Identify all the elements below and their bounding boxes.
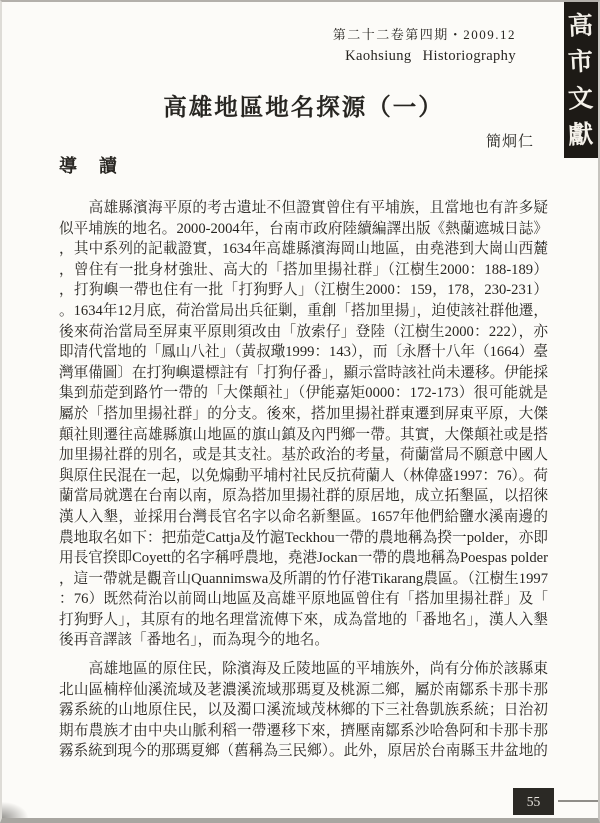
text-line: ，打狗嶼一帶也住有一批「打狗野人」（江樹生2000：159，178，230-23… [59,280,548,301]
text-line: 與原住民混在一起，以免煽動平埔村社民反抗荷蘭人（林偉盛1997：76）。荷 [59,466,548,487]
text-line: 農地取名如下：把茄萣Cattja及竹滬Teckhou一帶的農地稱為揆一polde… [59,528,548,549]
page-header: 第二十二卷第四期・2009.12 Kaohsiung Historiograph… [333,26,516,67]
journal-masthead-strip: 高市文獻 [564,2,598,158]
article-author: 簡炯仁 [59,130,548,151]
text-line: ，其中系列的記載證實，1634年高雄縣濱海岡山地區，由堯港到大崗山西麓 [59,239,548,260]
text-line: ，這一帶就是觀音山Quannimswa及所謂的竹仔港Tikarang農區。（江樹… [59,569,548,590]
text-line: 高雄地區的原住民，除濱海及丘陵地區的平埔族外，尚有分佈於該縣東 [59,659,548,680]
text-line: 北山區楠梓仙溪流域及荖濃溪流域那瑪夏及桃源二鄉，屬於南鄒系卡那卡那 [59,680,548,701]
section-heading: 導 讀 [59,152,119,178]
text-line: 即清代當地的「鳳山八社」（黃叔璥1999：143），而〔永曆十八年（1664）臺 [59,342,548,363]
text-line: 霧系統到現今的那瑪夏鄉（舊稱為三民鄉）。此外，原居於台南縣玉井盆地的 [59,741,548,762]
text-line: 打狗野人」，其原有的地名理當流傳下來，成為當地的「番地名」，漢人入墾 [59,610,548,631]
page-number: 55 [527,794,541,810]
scan-corner-shadow [2,802,28,818]
masthead-character: 高 [568,12,594,38]
text-line: 期布農族才由中央山脈利稻一帶遷移下來，擠壓南鄒系沙哈魯阿和卡那卡那 [59,721,548,742]
text-line: 霧系統的山地原住民，以及濁口溪流域茂林鄉的下三社魯凱族系統；日治初 [59,700,548,721]
text-line: 後來荷治當局至屏東平原則須改由「放索仔」登陸（江樹生2000：222），亦 [59,322,548,343]
page-number-badge: 55 [513,788,554,815]
journal-page: 高市文獻 第二十二卷第四期・2009.12 Kaohsiung Historio… [0,0,600,823]
masthead-character: 獻 [568,122,594,148]
journal-name-english: Kaohsiung Historiography [333,46,516,67]
text-line: ：76）既然荷治以前岡山地區及高雄平原地區曾住有「搭加里揚社群」及「 [59,589,548,610]
masthead-character: 市 [568,49,594,75]
text-line: 集到茄萣到路竹一帶的「大傑顛社」（伊能嘉矩0000：172-173）很可能就是 [59,383,548,404]
issue-number: 第二十二卷第四期・2009.12 [333,26,516,45]
footer-rule [558,800,598,802]
text-line: 蘭當局就選在台南以南，原為搭加里揚社群的原居地，成立拓墾區，以招徠 [59,486,548,507]
article-body: 高雄縣濱海平原的考古遺址不但證實曾住有平埔族，且當地也有許多疑似平埔族的地名。2… [59,198,548,762]
text-line: 。1634年12月底，荷治當局出兵征剿，重創「搭加里揚」，迫使該社群他遷， [59,301,548,322]
paragraph: 高雄地區的原住民，除濱海及丘陵地區的平埔族外，尚有分佈於該縣東北山區楠梓仙溪流域… [59,659,548,762]
text-line: 屬於「搭加里揚社群」的分支。後來，搭加里揚社群東遷到屏東平原，大傑 [59,404,548,425]
text-line: 顛社則遷往高雄縣旗山地區的旗山鎮及內門鄉一帶。其實，大傑顛社或是搭 [59,425,548,446]
text-line: 高雄縣濱海平原的考古遺址不但證實曾住有平埔族，且當地也有許多疑 [59,198,548,219]
text-line: 加里揚社群的別名，或是其支社。基於政治的考量，荷蘭當局不願意中國人 [59,445,548,466]
text-line: 似平埔族的地名。2000-2004年，台南市政府陸續編譯出版《熱蘭遮城日誌》 [59,219,548,240]
article-title: 高雄地區地名探源（一） [59,88,548,122]
text-line: 灣軍備圖〕在打狗嶼還標註有「打狗仔番」，顯示當時該社尚未遷移。伊能採 [59,363,548,384]
text-line: 後再音譯該「番地名」，而為現今的地名。 [59,630,548,651]
text-line: 漢人入墾，並採用台灣長官名字以命名新墾區。1657年他們給鹽水溪南邊的 [59,507,548,528]
text-line: 用長官揆即Coyett的名字稱呼農地，堯港Jockan一帶的農地稱為Poespa… [59,548,548,569]
paragraph: 高雄縣濱海平原的考古遺址不但證實曾住有平埔族，且當地也有許多疑似平埔族的地名。2… [59,198,548,651]
text-line: ，曾住有一批身材強壯、高大的「搭加里揚社群」（江樹生2000：188-189） [59,260,548,281]
masthead-character: 文 [568,85,594,111]
